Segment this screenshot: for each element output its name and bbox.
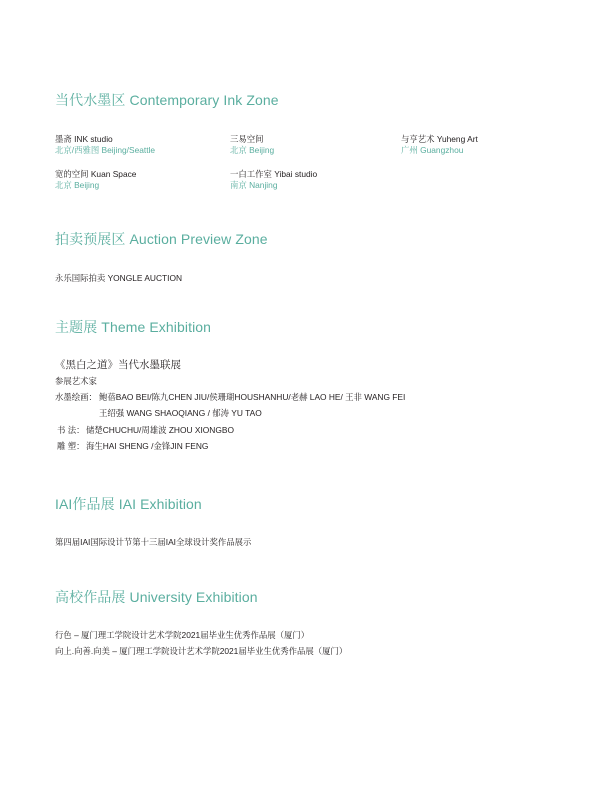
row-value: 储楚CHUCHU/周雄波 ZHOU XIONGBO — [86, 425, 234, 435]
exhibitor-name: 宽的空间 Kuan Space — [55, 169, 136, 180]
exhibitor-name: 一白工作室 Yibai studio — [230, 169, 317, 180]
exhibitor-yuheng: 与亨艺术 Yuheng Art 广州 Guangzhou — [401, 134, 478, 156]
university-item: 行色 – 厦门理工学院设计艺术学院2021届毕业生优秀作品展（厦门） — [55, 630, 309, 641]
exhibitor-name: 与亨艺术 Yuheng Art — [401, 134, 478, 145]
exhibitor-ink-studio: 墨斋 INK studio 北京/西雅图 Beijing/Seattle — [55, 134, 155, 156]
section-title-university: 高校作品展 University Exhibition — [55, 587, 258, 607]
artist-row-ink-painting-cont: 王绍强 WANG SHAOQIANG / 郁涛 YU TAO — [55, 408, 262, 419]
iai-item: 第四届IAI国际设计节第十三届IAI全球设计奖作品展示 — [55, 537, 251, 548]
artist-row-ink-painting: 水墨绘画：鲍蓓BAO BEI/陈九CHEN JIU/侯珊瑚HOUSHANHU/老… — [55, 392, 405, 403]
artists-label: 参展艺术家 — [55, 376, 97, 387]
exhibitor-city: 南京 Nanjing — [230, 180, 317, 191]
exhibitor-sanyi: 三易空间 北京 Beijing — [230, 134, 274, 156]
row-label: 书 法： — [57, 425, 86, 436]
exhibitor-city: 北京 Beijing — [55, 180, 136, 191]
artist-row-sculpture: 雕 塑：海生HAI SHENG /金锋JIN FENG — [57, 441, 208, 452]
university-item: 向上.向善.向美 – 厦门理工学院设计艺术学院2021届毕业生优秀作品展（厦门） — [55, 646, 347, 657]
section-title-ink: 当代水墨区 Contemporary Ink Zone — [55, 90, 279, 110]
exhibitor-city: 北京/西雅图 Beijing/Seattle — [55, 145, 155, 156]
section-title-iai: IAI作品展 IAI Exhibition — [55, 494, 202, 514]
artist-row-calligraphy: 书 法：储楚CHUCHU/周雄波 ZHOU XIONGBO — [57, 425, 234, 436]
row-label: 雕 塑： — [57, 441, 86, 452]
row-value: 王绍强 WANG SHAOQIANG / 郁涛 YU TAO — [99, 408, 262, 418]
section-title-theme: 主题展 Theme Exhibition — [55, 317, 211, 337]
auction-item: 永乐国际拍卖 YONGLE AUCTION — [55, 273, 182, 284]
exhibitor-yibai: 一白工作室 Yibai studio 南京 Nanjing — [230, 169, 317, 191]
exhibit-title: 《黑白之道》当代水墨联展 — [55, 357, 181, 372]
exhibitor-kuan-space: 宽的空间 Kuan Space 北京 Beijing — [55, 169, 136, 191]
exhibitor-name: 三易空间 — [230, 134, 274, 145]
row-label: 水墨绘画： — [55, 392, 99, 403]
exhibitor-city: 广州 Guangzhou — [401, 145, 478, 156]
section-title-auction: 拍卖预展区 Auction Preview Zone — [55, 229, 268, 249]
row-value: 鲍蓓BAO BEI/陈九CHEN JIU/侯珊瑚HOUSHANHU/老赫 LAO… — [99, 392, 405, 402]
row-value: 海生HAI SHENG /金锋JIN FENG — [86, 441, 208, 451]
exhibitor-city: 北京 Beijing — [230, 145, 274, 156]
exhibitor-name: 墨斋 INK studio — [55, 134, 155, 145]
